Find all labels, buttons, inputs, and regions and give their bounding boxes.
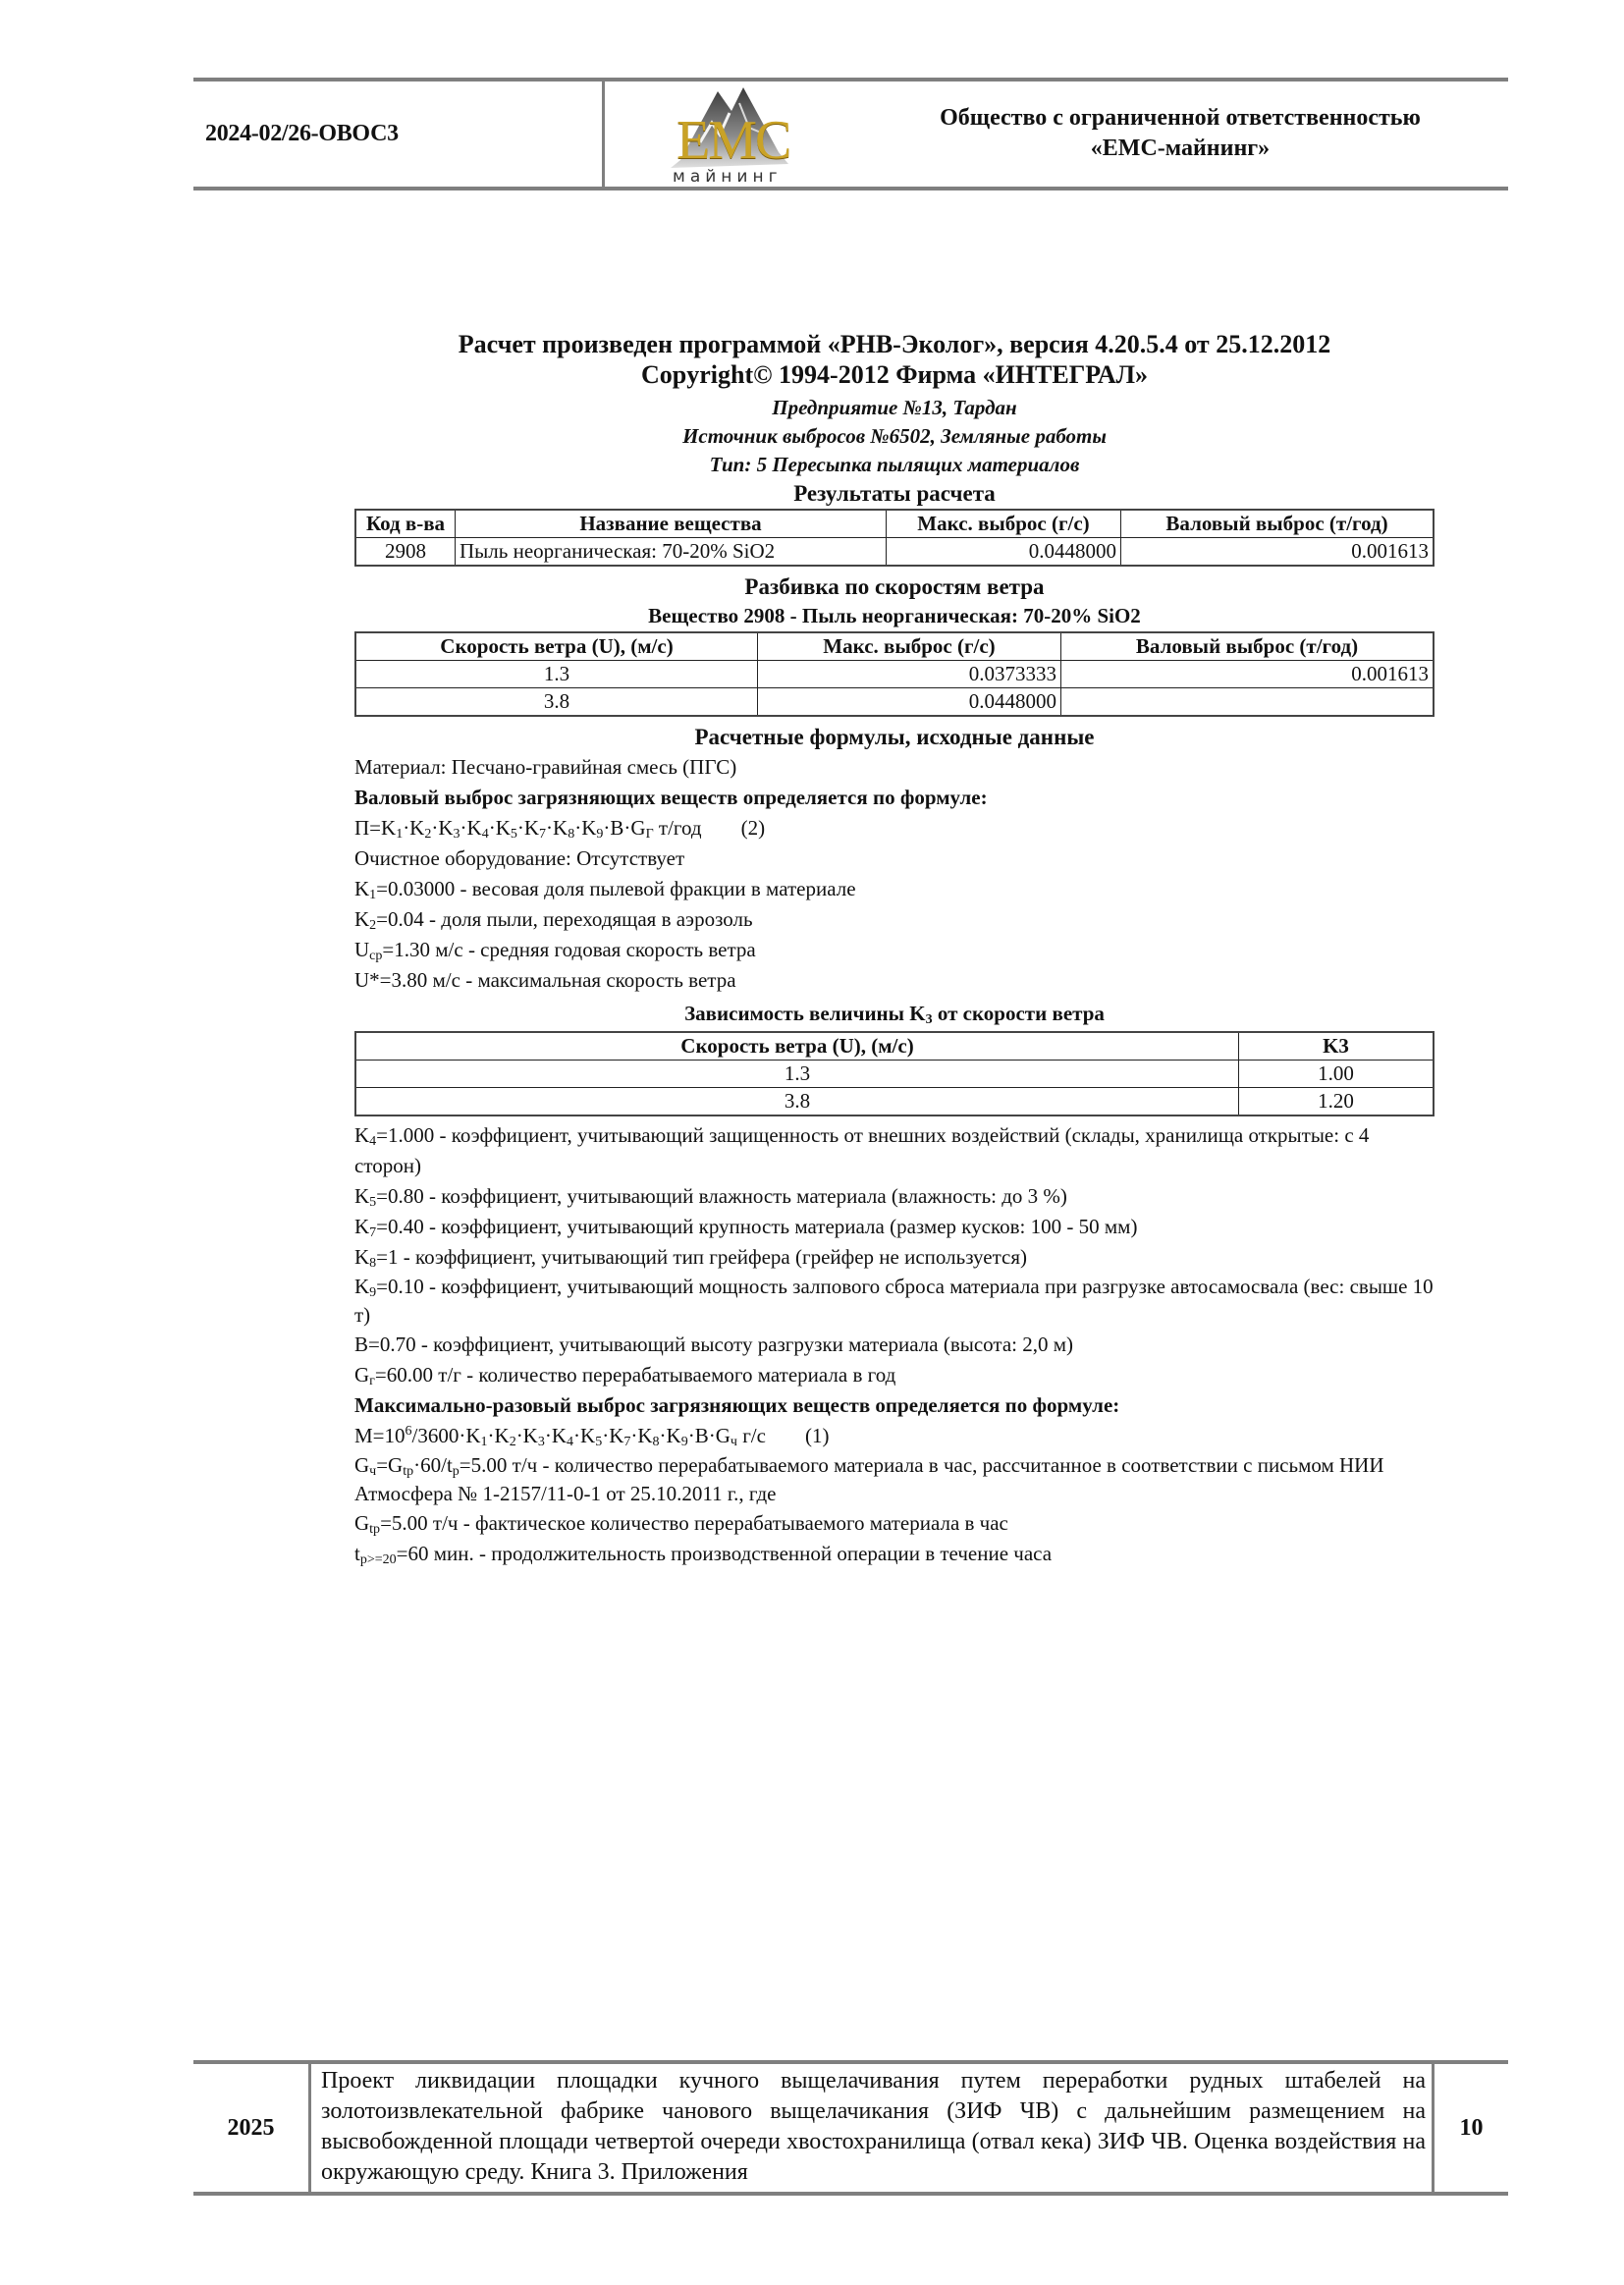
gross-emission: 0.001613	[1061, 661, 1435, 688]
k9-desc: - коэффициент, учитывающий мощность залп…	[354, 1275, 1434, 1327]
logo-subtitle: майнинг	[673, 168, 783, 186]
wind-breakdown-substance: Вещество 2908 - Пыль неорганическая: 70-…	[354, 602, 1435, 629]
table-row: 1.3 1.00	[355, 1061, 1434, 1088]
k4-line: K4=1.000 - коэффициент, учитывающий защи…	[354, 1120, 1435, 1181]
column-header: Макс. выброс (г/с)	[758, 632, 1061, 661]
k2-line: K2=0.04 - доля пыли, переходящая в аэроз…	[354, 904, 1435, 935]
tp-line: tр>=20=60 мин. - продолжительность произ…	[354, 1539, 1435, 1569]
gg-desc: - количество перерабатываемого материала…	[461, 1363, 895, 1387]
page-header: 2024-02/26-ОВОС3 ЕМС майнинг	[193, 78, 1508, 190]
k5-line: K5=0.80 - коэффициент, учитывающий влажн…	[354, 1181, 1435, 1212]
material: Материал: Песчано-гравийная смесь (ПГС)	[354, 752, 1435, 783]
k2-desc: - доля пыли, переходящая в аэрозоль	[424, 907, 753, 931]
table-row: 3.8 0.0448000	[355, 688, 1434, 717]
gross-emission: 0.001613	[1121, 538, 1435, 567]
page-footer: 2025 Проект ликвидации площадки кучного …	[193, 2060, 1508, 2196]
org-line-2: «ЕМС-майнинг»	[861, 134, 1499, 164]
formula-number: (2)	[741, 816, 766, 840]
k1-desc: - весовая доля пылевой фракции в материа…	[455, 877, 855, 900]
wind-speed: 1.3	[355, 1061, 1239, 1088]
gch-line: Gч=Gtр·60/tр=5.00 т/ч - количество перер…	[354, 1451, 1435, 1508]
k7-value: =0.40	[376, 1215, 424, 1238]
tp-value: =60 мин.	[397, 1542, 474, 1565]
max-emission: 0.0448000	[758, 688, 1061, 717]
k1-line: K1=0.03000 - весовая доля пылевой фракци…	[354, 874, 1435, 904]
umax-line: U*=3.80 м/с - максимальная скорость ветр…	[354, 965, 1435, 996]
gtp-line: Gtр=5.00 т/ч - фактическое количество пе…	[354, 1508, 1435, 1539]
max-formula-heading: Максимально-разовый выброс загрязняющих …	[354, 1390, 1435, 1421]
column-header: Скорость ветра (U), (м/с)	[355, 1032, 1239, 1061]
column-header: Валовый выброс (т/год)	[1121, 510, 1435, 538]
gg-line: Gг=60.00 т/г - количество перерабатываем…	[354, 1360, 1435, 1390]
wind-speed: 3.8	[355, 688, 758, 717]
report-title-line-2: Copyright© 1994-2012 Фирма «ИНТЕГРАЛ»	[354, 359, 1435, 390]
table-header-row: Код в-ва Название вещества Макс. выброс …	[355, 510, 1434, 538]
umax-label: U*	[354, 968, 380, 992]
org-line-1: Общество с ограниченной ответственностью	[861, 103, 1499, 134]
column-header: Макс. выброс (г/с)	[887, 510, 1121, 538]
wind-breakdown-heading: Разбивка по скоростям ветра	[354, 572, 1435, 602]
footer-divider	[308, 2064, 311, 2192]
enterprise: Предприятие №13, Тардан	[354, 394, 1435, 422]
logo-brand: ЕМС	[677, 113, 789, 168]
k4-value: =1.000	[376, 1123, 434, 1147]
k3-value: 1.20	[1239, 1088, 1435, 1116]
table-row: 2908 Пыль неорганическая: 70-20% SiO2 0.…	[355, 538, 1434, 567]
gross-emission	[1061, 688, 1435, 717]
k8-desc: - коэффициент, учитывающий тип грейфера …	[399, 1245, 1027, 1269]
column-header: Валовый выброс (т/год)	[1061, 632, 1435, 661]
k5-desc: - коэффициент, учитывающий влажность мат…	[424, 1184, 1067, 1208]
ucp-line: Uср=1.30 м/с - средняя годовая скорость …	[354, 935, 1435, 965]
substance-name: Пыль неорганическая: 70-20% SiO2	[456, 538, 887, 567]
wind-breakdown-table: Скорость ветра (U), (м/с) Макс. выброс (…	[354, 631, 1435, 717]
gch-expr: ·60/t	[413, 1453, 453, 1477]
formulas-heading: Расчетные формулы, исходные данные	[354, 723, 1435, 752]
header-divider	[602, 82, 605, 187]
ucp-value: =1.30 м/с	[382, 938, 462, 961]
max-emission: 0.0373333	[758, 661, 1061, 688]
formula-number: (1)	[805, 1424, 830, 1447]
results-heading: Результаты расчета	[354, 479, 1435, 509]
k4-desc: - коэффициент, учитывающий защищенность …	[354, 1123, 1369, 1177]
k3-value: 1.00	[1239, 1061, 1435, 1088]
column-header: Код в-ва	[355, 510, 456, 538]
formula-unit: т/год	[659, 816, 702, 840]
k9-line: K9=0.10 - коэффициент, учитывающий мощно…	[354, 1273, 1435, 1330]
organization-name: Общество с ограниченной ответственностью…	[861, 103, 1499, 164]
k9-value: =0.10	[376, 1275, 424, 1298]
k3-table: Скорость ветра (U), (м/с) K3 1.3 1.00 3.…	[354, 1031, 1435, 1116]
gross-formula: П=K1·K2·K3·K4·K5·K7·K8·K9·B·GГ т/год(2)	[354, 813, 1435, 843]
k5-value: =0.80	[376, 1184, 424, 1208]
tp-desc: - продолжительность производственной опе…	[474, 1542, 1052, 1565]
max-formula: M=106/3600·K1·K2·K3·K4·K5·K7·K8·K9·B·Gч …	[354, 1421, 1435, 1451]
substance-code: 2908	[355, 538, 456, 567]
gross-formula-heading: Валовый выброс загрязняющих веществ опре…	[354, 783, 1435, 813]
gch-result: =5.00 т/ч	[460, 1453, 537, 1477]
ucp-desc: - средняя годовая скорость ветра	[463, 938, 756, 961]
umax-desc: - максимальная скорость ветра	[460, 968, 736, 992]
gg-value: =60.00 т/г	[375, 1363, 461, 1387]
umax-value: =3.80 м/с	[380, 968, 460, 992]
table-row: 1.3 0.0373333 0.001613	[355, 661, 1434, 688]
column-header: K3	[1239, 1032, 1435, 1061]
report-content: Расчет произведен программой «РНВ-Эколог…	[354, 329, 1435, 1569]
gtp-desc: - фактическое количество перерабатываемо…	[458, 1511, 1007, 1535]
b-line: B=0.70 - коэффициент, учитывающий высоту…	[354, 1330, 1435, 1360]
table-header-row: Скорость ветра (U), (м/с) K3	[355, 1032, 1434, 1061]
k2-value: =0.04	[376, 907, 424, 931]
company-logo: ЕМС майнинг	[641, 83, 803, 187]
k3-heading-pre: Зависимость величины K	[684, 1002, 926, 1025]
footer-year: 2025	[193, 2064, 308, 2192]
wind-speed: 3.8	[355, 1088, 1239, 1116]
cleaning-equipment: Очистное оборудование: Отсутствует	[354, 843, 1435, 874]
results-table: Код в-ва Название вещества Макс. выброс …	[354, 509, 1435, 567]
report-title-line-1: Расчет произведен программой «РНВ-Эколог…	[354, 329, 1435, 359]
source-type: Тип: 5 Пересыпка пылящих материалов	[354, 451, 1435, 479]
k3-heading: Зависимость величины K3 от скорости ветр…	[354, 1000, 1435, 1027]
formula-unit: г/с	[742, 1424, 766, 1447]
table-row: 3.8 1.20	[355, 1088, 1434, 1116]
k1-value: =0.03000	[376, 877, 455, 900]
k8-value: =1	[376, 1245, 398, 1269]
gtp-value: =5.00 т/ч	[380, 1511, 458, 1535]
document-code: 2024-02/26-ОВОС3	[205, 82, 399, 187]
max-emission: 0.0448000	[887, 538, 1121, 567]
k7-desc: - коэффициент, учитывающий крупность мат…	[424, 1215, 1138, 1238]
table-header-row: Скорость ветра (U), (м/с) Макс. выброс (…	[355, 632, 1434, 661]
column-header: Название вещества	[456, 510, 887, 538]
wind-speed: 1.3	[355, 661, 758, 688]
k8-line: K8=1 - коэффициент, учитывающий тип грей…	[354, 1242, 1435, 1273]
k7-line: K7=0.40 - коэффициент, учитывающий крупн…	[354, 1212, 1435, 1242]
column-header: Скорость ветра (U), (м/с)	[355, 632, 758, 661]
footer-description: Проект ликвидации площадки кучного выщел…	[321, 2066, 1426, 2188]
page-number: 10	[1435, 2064, 1508, 2192]
emission-source: Источник выбросов №6502, Земляные работы	[354, 422, 1435, 451]
k3-heading-post: от скорости ветра	[933, 1002, 1105, 1025]
